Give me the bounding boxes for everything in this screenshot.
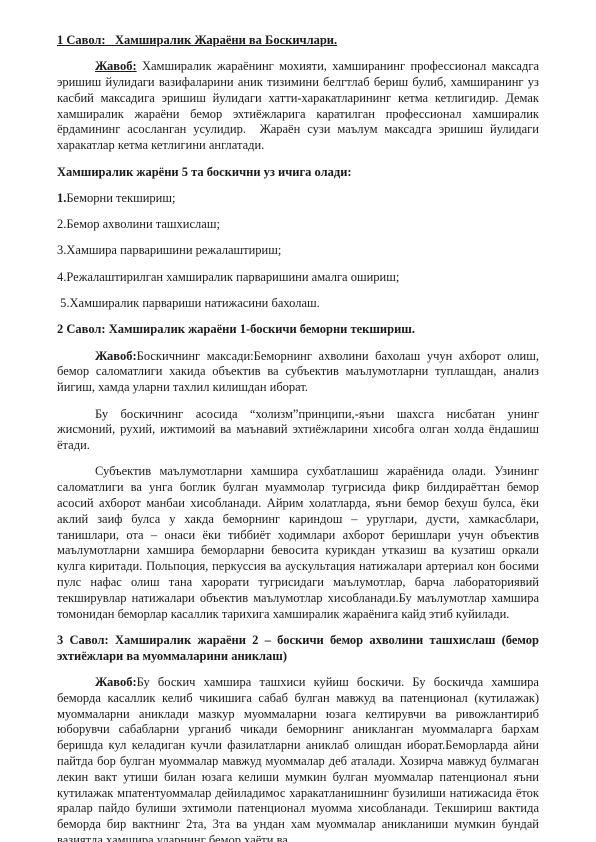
stages-heading-text: Хамширалик жарёни 5 та боскични уз ичига… [57, 165, 352, 179]
question-1-heading: 1 Савол: Хамширалик Жараёни ва Боскичлар… [57, 33, 539, 49]
stage-item-5: 5.Хамширалик парвариши натижасини бахола… [57, 296, 539, 312]
question-3-heading: 3 Савол: Хамширалик жараёни 2 – боскичи … [57, 633, 539, 665]
holism-paragraph-text: Бу боскичнинг асосида “холизм”принципи,-… [57, 407, 542, 453]
stage-item-4: 4.Режалаштирилган хамширалик парваришини… [57, 270, 539, 286]
stages-heading: Хамширалик жарёни 5 та боскични уз ичига… [57, 165, 539, 181]
answer-3-label: Жавоб: [95, 675, 137, 689]
holism-paragraph: Бу боскичнинг асосида “холизм”принципи,-… [57, 407, 539, 454]
question-2-heading: 2 Савол: Хамширалик жараёни 1-боскичи бе… [57, 322, 539, 338]
stage-item-2-text: Бемор ахволини ташхислаш; [66, 217, 220, 231]
stage-item-1: 1.Беморни текшириш; [57, 191, 539, 207]
subjective-data-paragraph: Субъектив маълумотларни хамшира сухбатла… [57, 464, 539, 622]
question-2-heading-text: 2 Савол: Хамширалик жараёни 1-боскичи бе… [57, 322, 415, 336]
answer-1-label: Жавоб: [95, 59, 137, 73]
subjective-data-paragraph-text: Субъектив маълумотларни хамшира сухбатла… [57, 464, 542, 620]
stage-item-2: 2.Бемор ахволини ташхислаш; [57, 217, 539, 233]
stage-item-2-number: 2. [57, 217, 66, 231]
answer-3-paragraph: Жавоб:Бу боскич хамшира ташхиси куйиш бо… [57, 675, 539, 842]
document-page: 1 Савол: Хамширалик Жараёни ва Боскичлар… [0, 0, 596, 842]
stage-item-5-text: Хамширалик парвариши натижасини бахолаш. [70, 296, 320, 310]
stage-item-3-number: 3. [57, 243, 66, 257]
question-3-heading-text: 3 Савол: Хамширалик жараёни 2 – боскичи … [57, 633, 542, 663]
answer-3-body: Бу боскич хамшира ташхиси куйиш боскичи.… [57, 675, 542, 842]
answer-2-label: Жавоб: [95, 349, 137, 363]
stage-item-1-text: Беморни текшириш; [66, 191, 175, 205]
stage-item-4-text: Режалаштирилган хамширалик парваришини а… [66, 270, 399, 284]
stage-item-5-number: 5. [57, 296, 70, 310]
stage-item-4-number: 4. [57, 270, 66, 284]
stage-item-3: 3.Хамшира парваришини режалаштириш; [57, 243, 539, 259]
stage-item-3-text: Хамшира парваришини режалаштириш; [66, 243, 281, 257]
stage-item-1-number: 1. [57, 191, 66, 205]
answer-1-paragraph: Жавоб: Хамширалик жараёнинг мохияти, хам… [57, 59, 539, 154]
answer-2-paragraph: Жавоб:Боскичнинг максади:Беморнинг ахвол… [57, 349, 539, 396]
question-1-heading-text: 1 Савол: Хамширалик Жараёни ва Боскичлар… [57, 33, 337, 47]
